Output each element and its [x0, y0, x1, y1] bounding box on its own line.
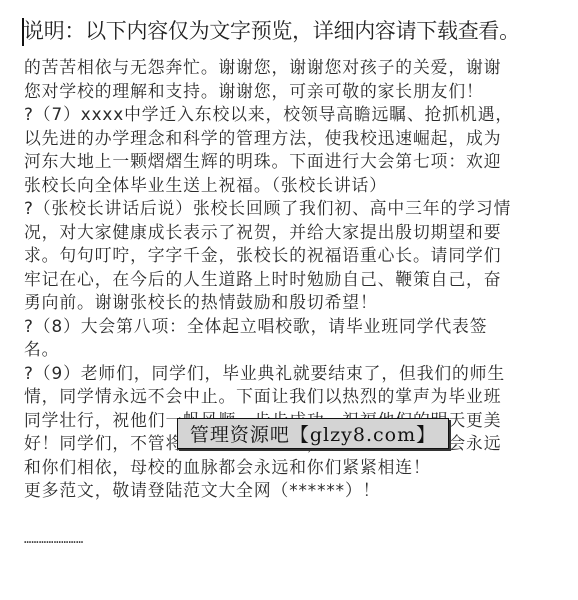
body-line: 和你们相依，母校的血脉都会永远和你们紧紧相连！ — [24, 456, 544, 480]
preview-notice: 说明：以下内容仅为文字预览，详细内容请下载查看。 — [23, 14, 520, 48]
watermark-banner: 管理资源吧【glzy8.com】 — [177, 418, 449, 449]
body-line: 勇向前。谢谢张校长的热情鼓励和殷切希望！ — [24, 291, 544, 315]
body-line: ?（张校长讲话后说）张校长回顾了我们初、高中三年的学习情 — [24, 197, 544, 221]
ellipsis-divider: …………………… — [24, 532, 83, 546]
body-line: ?（7）xxxx中学迁入东校以来，校领导高瞻远瞩、抢抓机遇， — [24, 103, 544, 127]
body-line: ?（8）大会第八项：全体起立唱校歌，请毕业班同学代表签 — [24, 315, 544, 339]
body-line: 况，对大家健康成长表示了祝贺，并给大家提出殷切期望和要 — [24, 221, 544, 245]
body-line: 河东大地上一颗熠熠生辉的明珠。下面进行大会第七项：欢迎 — [24, 150, 544, 174]
body-line: 以先进的办学理念和科学的管理方法，使我校迅速崛起，成为 — [24, 127, 544, 151]
body-line: 的苦苦相依与无怨奔忙。谢谢您，谢谢您对孩子的关爱，谢谢 — [24, 56, 544, 80]
body-line: 名。 — [24, 338, 544, 362]
body-line: 张校长向全体毕业生送上祝福。（张校长讲话） — [24, 174, 544, 198]
body-line: 情，同学情永远不会中止。下面让我们以热烈的掌声为毕业班 — [24, 385, 544, 409]
body-line: 更多范文，敬请登陆范文大全网（******）！ — [24, 479, 544, 503]
body-line: 您对学校的理解和支持。谢谢您，可亲可敬的家长朋友们！ — [24, 80, 544, 104]
body-line: 牢记在心，在今后的人生道路上时时勉励自己、鞭策自己，奋 — [24, 268, 544, 292]
body-line: 求。句句叮咛，字字千金，张校长的祝福语重心长。请同学们 — [24, 244, 544, 268]
body-line: ?（9）老师们，同学们，毕业典礼就要结束了，但我们的师生 — [24, 362, 544, 386]
